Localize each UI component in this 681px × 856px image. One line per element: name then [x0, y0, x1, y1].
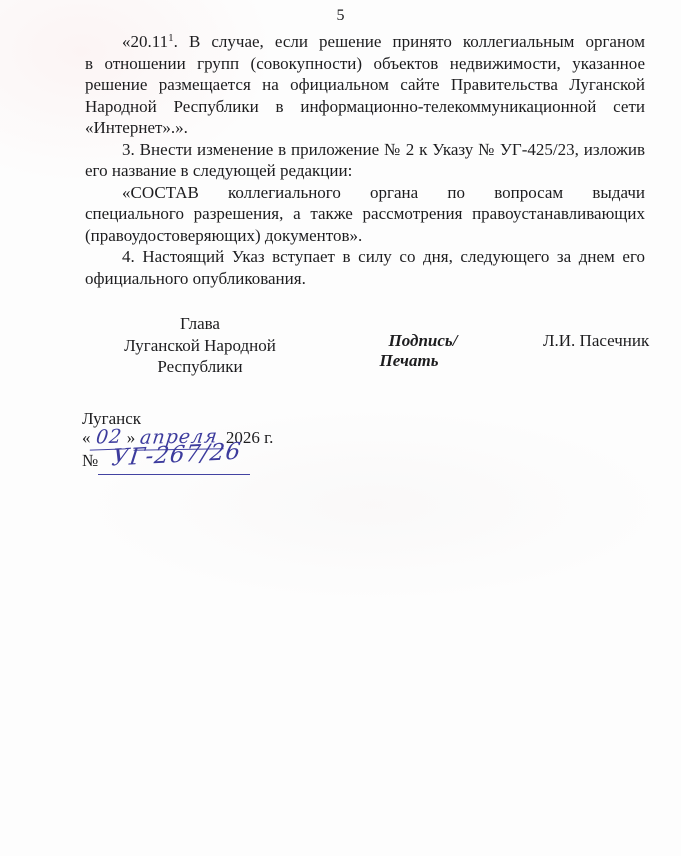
body-line: 3. Внести изменение в приложение № 2 к У…: [85, 139, 645, 161]
signature-stamp-note: Подпись/ Печать: [356, 331, 490, 371]
body-line: решение размещается на официальном сайте…: [85, 74, 645, 96]
stamp-note-line: Подпись/: [356, 331, 490, 351]
handwritten-number-underline: УГ-267/26: [98, 446, 250, 475]
body-line: специального разрешения, а также рассмот…: [85, 203, 645, 225]
signature-office-line: Глава: [85, 313, 315, 335]
clause-number: «20.11: [122, 32, 168, 51]
body-line: официального опубликования.: [85, 268, 645, 290]
body-line: Народной Республики в информационно-теле…: [85, 96, 645, 118]
signature-office-title: Глава Луганской Народной Республики: [85, 313, 315, 378]
page-number: 5: [0, 7, 681, 25]
signer-name: Л.И. Пасечник: [543, 331, 649, 351]
body-line: его название в следующей редакции:: [85, 160, 645, 182]
document-body: «20.111. В случае, если решение принято …: [85, 31, 645, 289]
scanned-decree-page: 5 «20.111. В случае, если решение принят…: [0, 0, 681, 856]
date-open-quote: «: [82, 428, 91, 447]
signature-office-line: Луганской Народной Республики: [85, 335, 315, 378]
body-line: в отношении групп (совокупности) объекто…: [85, 53, 645, 75]
stamp-note-line: Печать: [342, 351, 476, 371]
body-line-text: . В случае, если решение принято коллеги…: [174, 32, 645, 51]
body-line: (правоудостоверяющих) документов».: [85, 225, 645, 247]
body-line: «СОСТАВ коллегиального органа по вопроса…: [85, 182, 645, 204]
number-label: №: [82, 451, 98, 470]
footer-number-line: №УГ-267/26: [82, 446, 250, 475]
body-line: «20.111. В случае, если решение принято …: [85, 31, 645, 53]
body-line: «Интернет».».: [85, 117, 645, 139]
body-line: 4. Настоящий Указ вступает в силу со дня…: [85, 246, 645, 268]
